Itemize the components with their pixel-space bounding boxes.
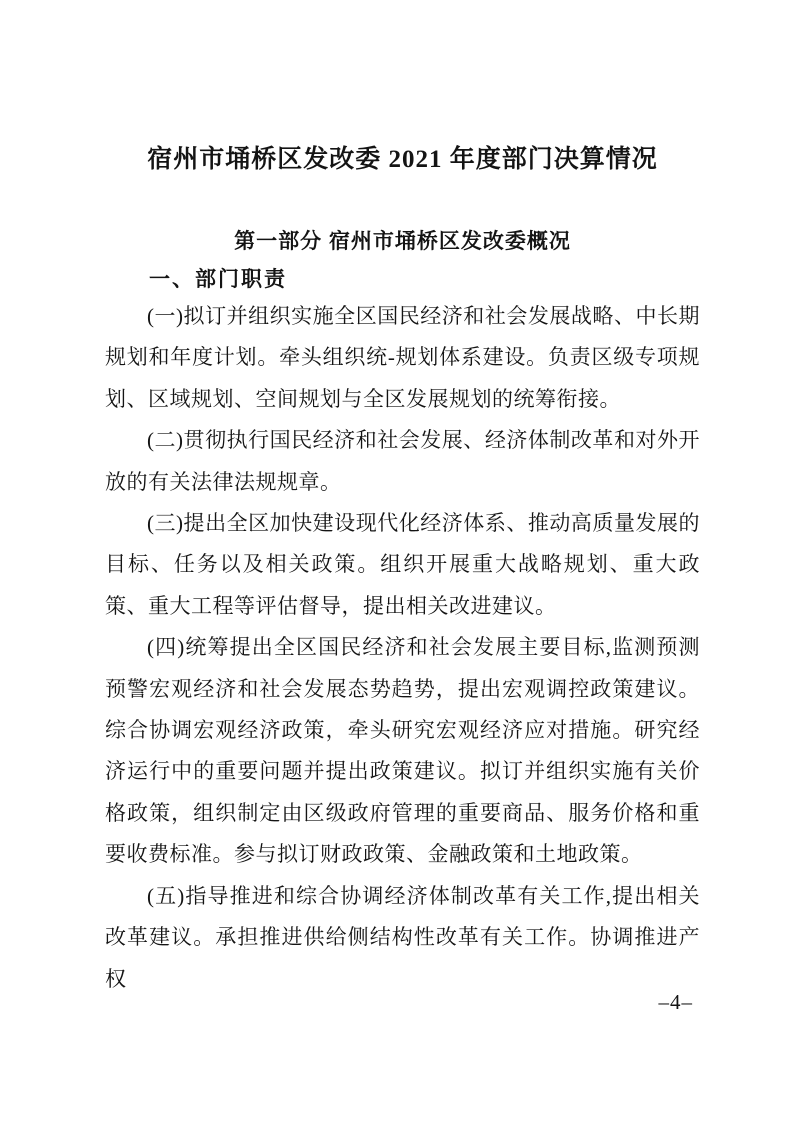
document-page: 宿州市埇桥区发改委 2021 年度部门决算情况 第一部分 宿州市埇桥区发改委概况…	[0, 0, 793, 1122]
paragraph: (三)提出全区加快建设现代化经济体系、推动高质量发展的目标、任务以及相关政策。组…	[105, 503, 700, 627]
body-paragraphs: (一)拟订并组织实施全区国民经济和社会发展战略、中长期规划和年度计划。牵头组织统…	[105, 296, 700, 1000]
paragraph: (二)贯彻执行国民经济和社会发展、经济体制改革和对外开放的有关法律法规规章。	[105, 420, 700, 503]
document-title: 宿州市埇桥区发改委 2021 年度部门决算情况	[105, 142, 700, 178]
paragraph: (一)拟订并组织实施全区国民经济和社会发展战略、中长期规划和年度计划。牵头组织统…	[105, 296, 700, 420]
page-number: –4–	[659, 990, 694, 1015]
section-heading-department-duties: 一、部门职责	[149, 266, 700, 294]
paragraph: (五)指导推进和综合协调经济体制改革有关工作,提出相关改革建议。承担推进供给侧结…	[105, 876, 700, 1000]
part-one-heading: 第一部分 宿州市埇桥区发改委概况	[105, 228, 700, 256]
paragraph: (四)统筹提出全区国民经济和社会发展主要目标,监测预测预警宏观经济和社会发展态势…	[105, 627, 700, 875]
